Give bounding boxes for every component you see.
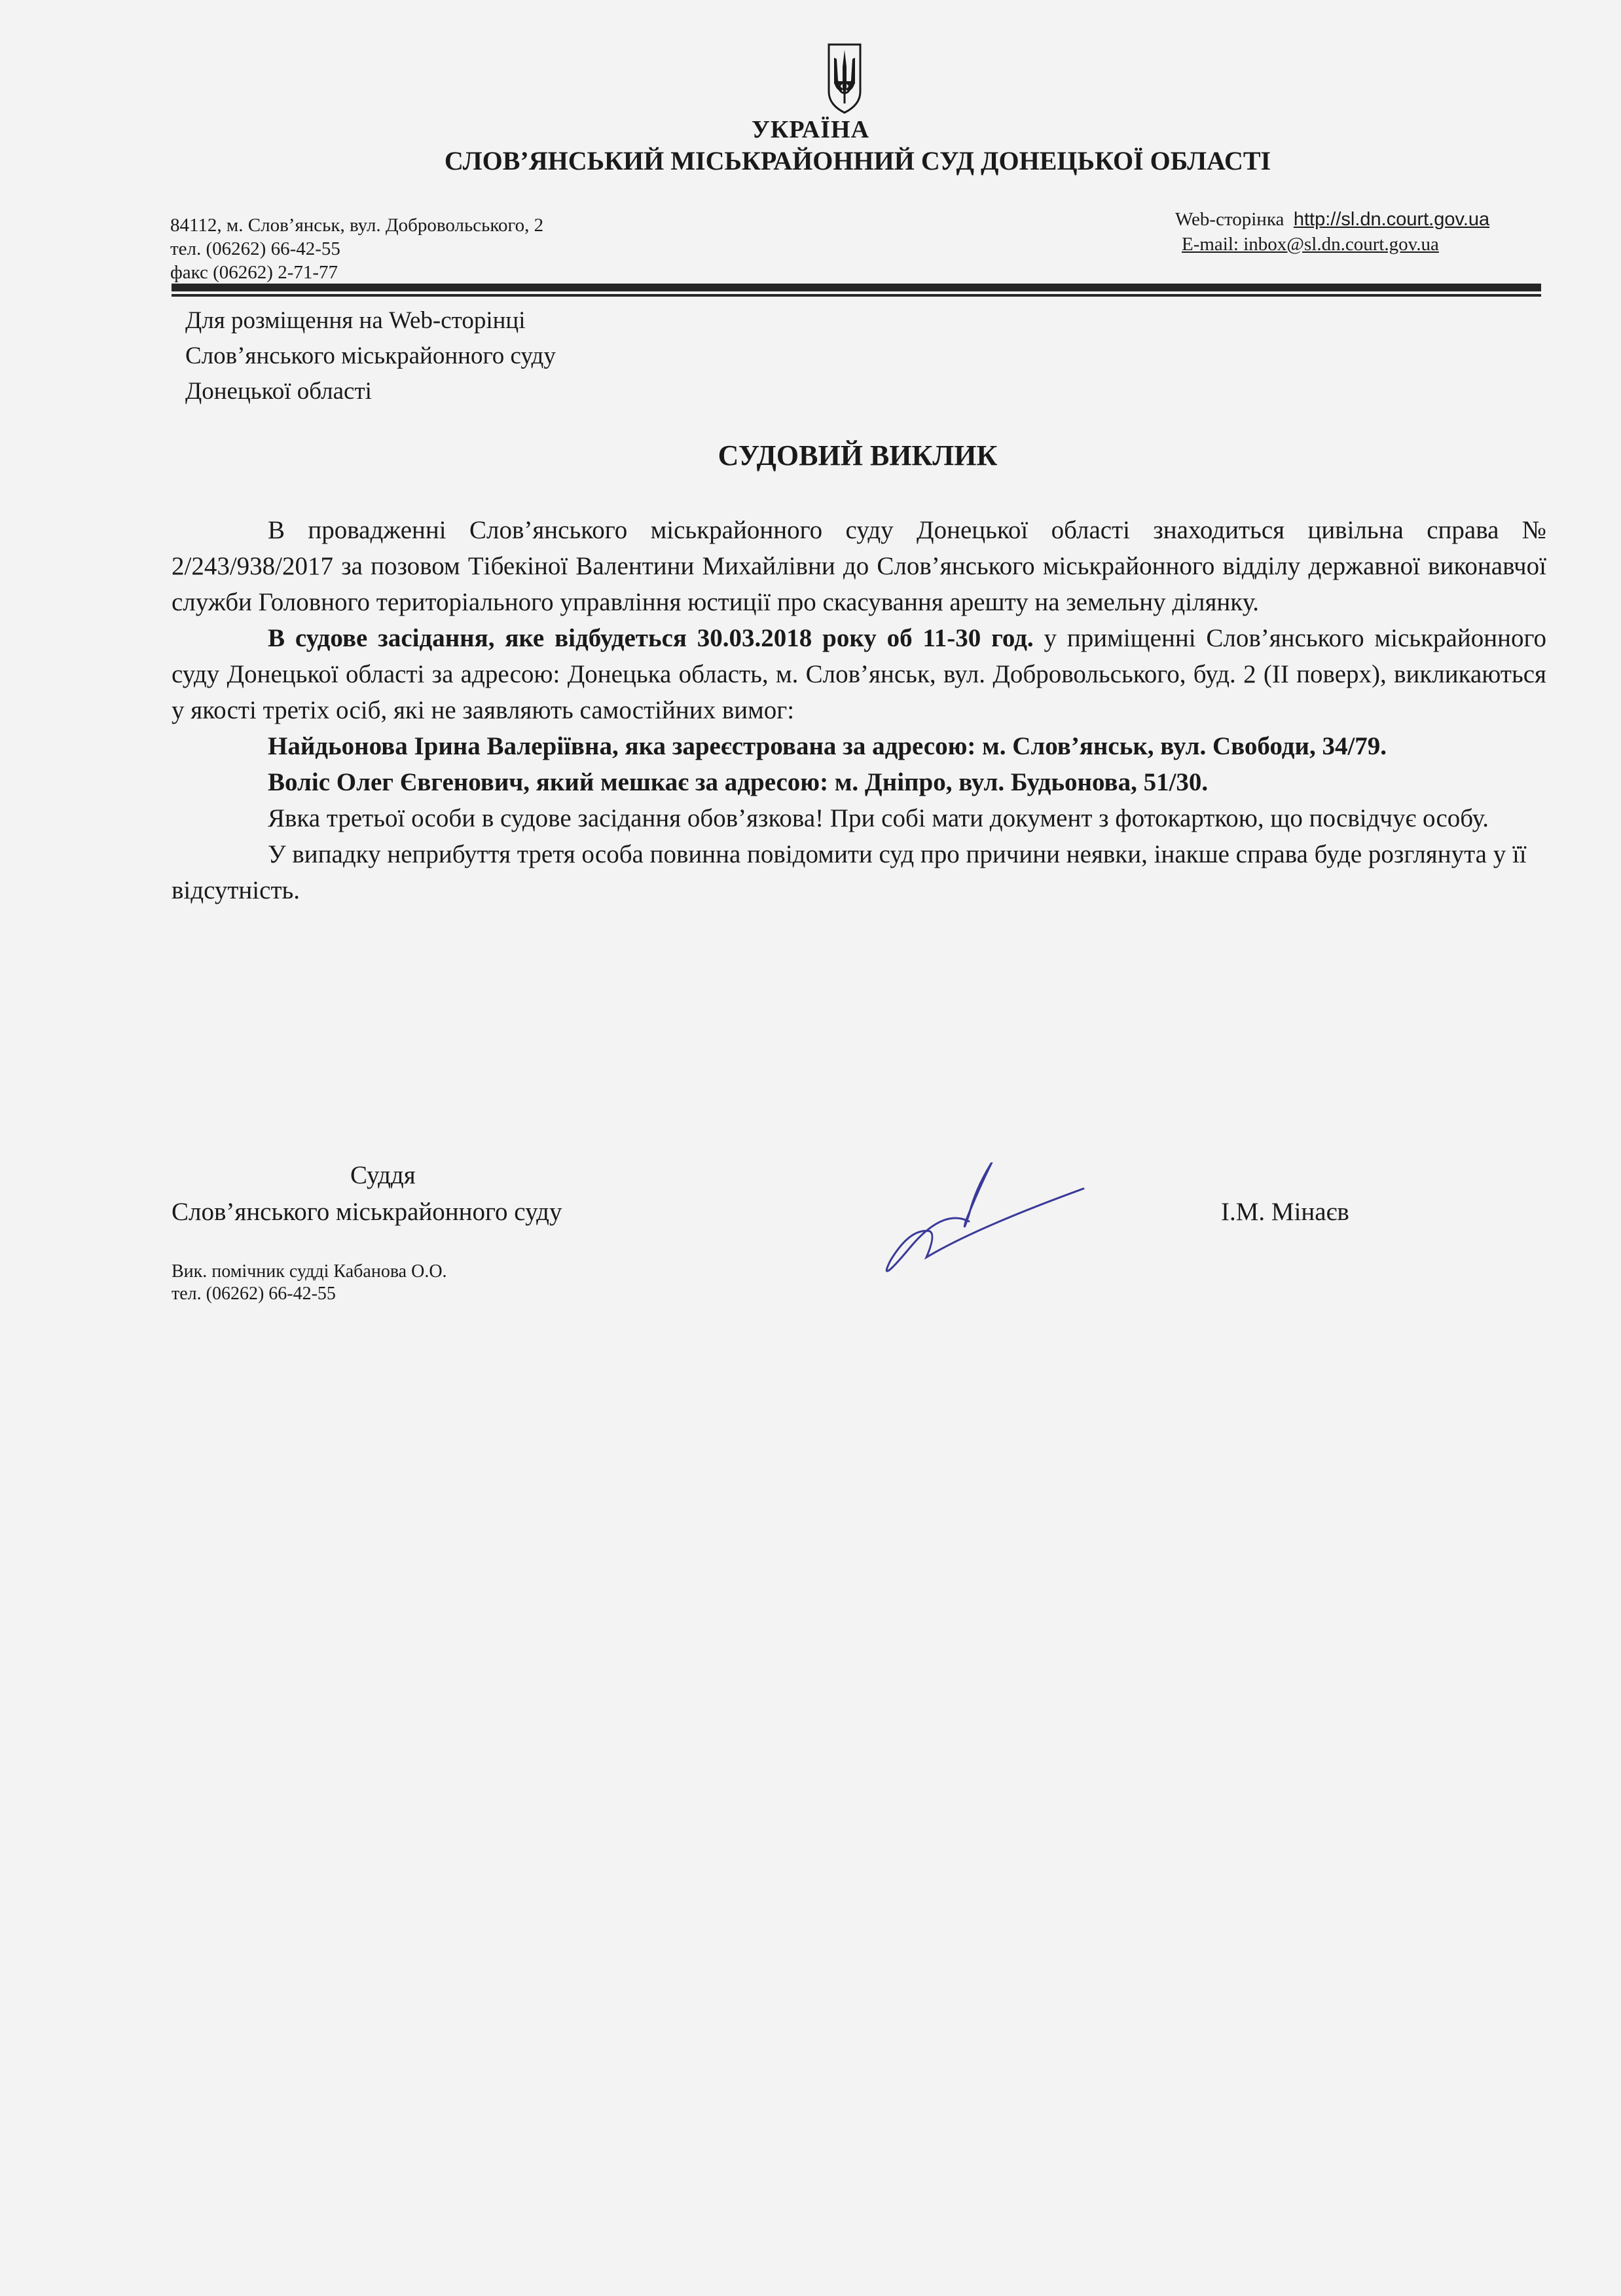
- header-divider-thick: [172, 284, 1541, 291]
- ukraine-trident-crest-icon: [826, 41, 863, 115]
- country-heading: УКРАЇНА: [0, 115, 1621, 144]
- case-paragraph: В провадженні Слов’янського міськрайонно…: [172, 512, 1546, 620]
- signatory-court: Слов’янського міськрайонного суду: [172, 1197, 562, 1227]
- placement-line: Для розміщення на Web-сторінці: [185, 303, 556, 339]
- placement-line: Донецької області: [185, 374, 556, 409]
- signatory-title: Суддя: [350, 1160, 416, 1190]
- placement-line: Слов’янського міськрайонного суду: [185, 339, 556, 374]
- judge-name: І.М. Мінаєв: [1221, 1197, 1349, 1227]
- third-party-2-text: Воліс Олег Євгенович, який мешкає за адр…: [268, 768, 1208, 796]
- placement-note: Для розміщення на Web-сторінці Слов’янсь…: [185, 303, 556, 409]
- third-party-2: Воліс Олег Євгенович, який мешкає за адр…: [172, 764, 1546, 800]
- assistant-contact: Вик. помічник судді Кабанова О.О. тел. (…: [172, 1261, 447, 1305]
- web-label: Web-сторінка: [1175, 209, 1284, 230]
- court-web-contacts: Web-сторінка http://sl.dn.court.gov.ua E…: [1175, 207, 1489, 257]
- assistant-phone: тел. (06262) 66-42-55: [172, 1283, 447, 1305]
- handwritten-signature-icon: [864, 1162, 1100, 1280]
- summons-body: В провадженні Слов’янського міськрайонно…: [172, 512, 1546, 908]
- court-address: 84112, м. Слов’янськ, вул. Добровольсько…: [170, 213, 543, 237]
- assistant-name: Вик. помічник судді Кабанова О.О.: [172, 1261, 447, 1283]
- document-title: СУДОВИЙ ВИКЛИК: [0, 439, 1621, 472]
- absence-paragraph: У випадку неприбуття третя особа повинна…: [172, 836, 1546, 908]
- attendance-paragraph: Явка третьої особи в судове засідання об…: [172, 800, 1546, 836]
- header-divider-thin: [172, 294, 1541, 297]
- website-link[interactable]: http://sl.dn.court.gov.ua: [1294, 209, 1489, 230]
- court-contacts: 84112, м. Слов’янськ, вул. Добровольсько…: [170, 213, 543, 284]
- hearing-datetime: В судове засідання, яке відбудеться 30.0…: [268, 624, 1034, 652]
- court-name-heading: СЛОВ’ЯНСЬКИЙ МІСЬКРАЙОННИЙ СУД ДОНЕЦЬКОЇ…: [0, 145, 1621, 176]
- court-phone: тел. (06262) 66-42-55: [170, 237, 543, 261]
- court-fax: факс (06262) 2-71-77: [170, 261, 543, 284]
- hearing-paragraph: В судове засідання, яке відбудеться 30.0…: [172, 620, 1546, 728]
- email-link[interactable]: E-mail: inbox@sl.dn.court.gov.ua: [1175, 232, 1489, 257]
- third-party-1: Найдьонова Ірина Валеріївна, яка зареєст…: [172, 728, 1546, 764]
- third-party-1-text: Найдьонова Ірина Валеріївна, яка зареєст…: [268, 732, 1387, 760]
